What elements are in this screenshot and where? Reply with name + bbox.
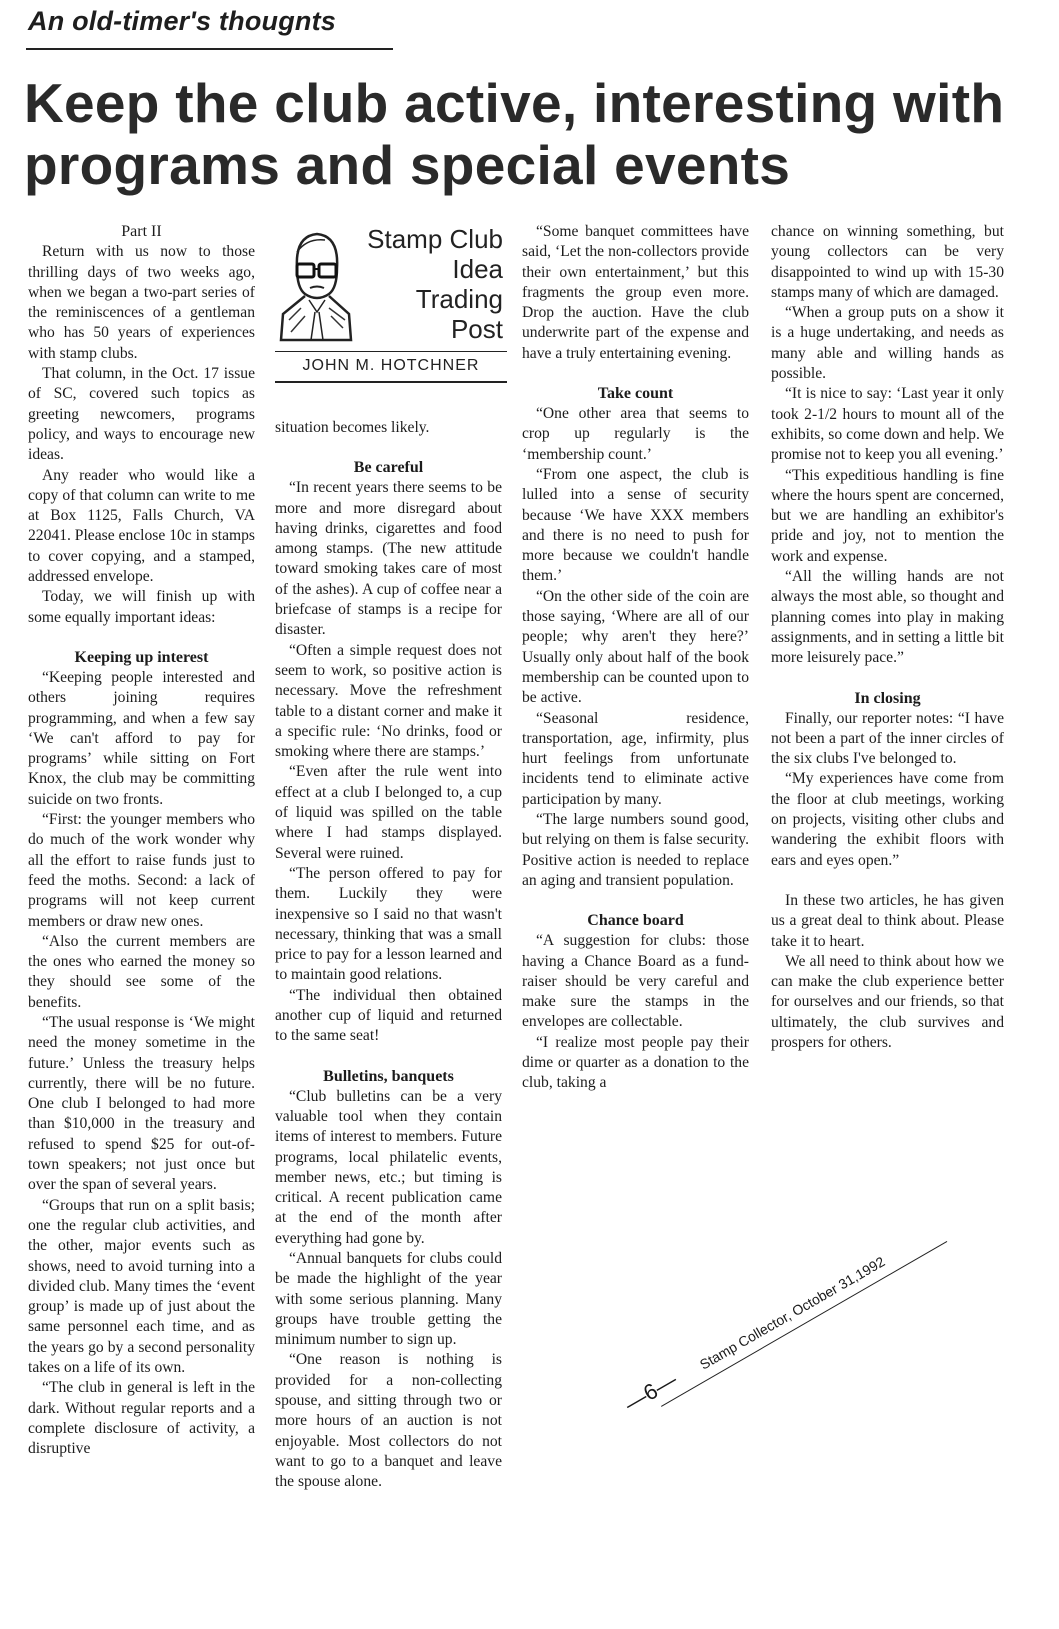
kicker-divider xyxy=(26,48,393,50)
paragraph: We all need to think about how we can ma… xyxy=(771,952,1004,1053)
divider xyxy=(275,381,507,383)
paragraph: “One other area that seems to crop up re… xyxy=(522,404,749,465)
paragraph: “On the other side of the coin are those… xyxy=(522,587,749,709)
paragraph: “The large numbers sound good, but relyi… xyxy=(522,810,749,891)
author-byline: JOHN M. HOTCHNER xyxy=(275,357,507,375)
paragraph: “From one aspect, the club is lulled int… xyxy=(522,465,749,587)
section-heading: Take count xyxy=(522,384,749,404)
headline: Keep the club active, interesting with p… xyxy=(24,72,1054,196)
paragraph: “It is nice to say: ‘Last year it only t… xyxy=(771,384,1004,465)
column-1: Part II Return with us now to those thri… xyxy=(28,222,255,1460)
column-4: chance on winning something, but young c… xyxy=(771,222,1004,1053)
column-3: “Some banquet committees have said, ‘Let… xyxy=(522,222,749,1094)
column-logo-title: Stamp Club Idea Trading Post xyxy=(367,224,503,344)
paragraph: “I realize most people pay their dime or… xyxy=(522,1033,749,1094)
paragraph: “Annual banquets for clubs could be made… xyxy=(275,1249,502,1350)
column-2: situation becomes likely. Be careful “In… xyxy=(275,418,502,1493)
paragraph: “When a group puts on a show it is a hug… xyxy=(771,303,1004,384)
paragraph: “My experiences have come from the floor… xyxy=(771,769,1004,870)
paragraph: “Some banquet committees have said, ‘Let… xyxy=(522,222,749,364)
paragraph: “Even after the rule went into effect at… xyxy=(275,762,502,863)
paragraph: Any reader who would like a copy of that… xyxy=(28,466,255,588)
column-logo: Stamp Club Idea Trading Post JOHN M. HOT… xyxy=(275,224,507,384)
paragraph: “First: the younger members who do much … xyxy=(28,810,255,932)
section-heading: Keeping up interest xyxy=(28,648,255,668)
section-heading: In closing xyxy=(771,689,1004,709)
page-footer: —6— Stamp Collector, October 31,1992 xyxy=(620,1247,889,1417)
paragraph: That column, in the Oct. 17 issue of SC,… xyxy=(28,364,255,465)
kicker: An old-timer's thougnts xyxy=(28,6,336,37)
section-heading: Be careful xyxy=(275,458,502,478)
author-portrait-icon xyxy=(279,228,353,342)
paragraph: In these two articles, he has given us a… xyxy=(771,891,1004,952)
part-label: Part II xyxy=(28,222,255,242)
paragraph: chance on winning something, but young c… xyxy=(771,222,1004,303)
paragraph: “Keeping people interested and others jo… xyxy=(28,668,255,810)
paragraph: “The club in general is left in the dark… xyxy=(28,1378,255,1459)
paragraph: “In recent years there seems to be more … xyxy=(275,478,502,640)
paragraph: “Seasonal residence, transportation, age… xyxy=(522,709,749,810)
paragraph: Today, we will finish up with some equal… xyxy=(28,587,255,628)
page-number: —6— xyxy=(620,1367,682,1418)
footer-rule xyxy=(661,1241,947,1407)
paragraph: Finally, our reporter notes: “I have not… xyxy=(771,709,1004,770)
section-heading: Bulletins, banquets xyxy=(275,1067,502,1087)
paragraph: “Club bulletins can be a very valuable t… xyxy=(275,1087,502,1249)
paragraph: “The person offered to pay for them. Luc… xyxy=(275,864,502,986)
paragraph: “This expeditious handling is fine where… xyxy=(771,466,1004,567)
paragraph: Return with us now to those thrilling da… xyxy=(28,242,255,364)
publication-source: Stamp Collector, October 31,1992 xyxy=(697,1253,888,1372)
paragraph: “The individual then obtained another cu… xyxy=(275,986,502,1047)
paragraph: “Groups that run on a split basis; one t… xyxy=(28,1196,255,1379)
paragraph: situation becomes likely. xyxy=(275,418,502,438)
paragraph: “All the willing hands are not always th… xyxy=(771,567,1004,668)
paragraph: “Also the current members are the ones w… xyxy=(28,932,255,1013)
paragraph: “The usual response is ‘We might need th… xyxy=(28,1013,255,1196)
paragraph: “One reason is nothing is provided for a… xyxy=(275,1350,502,1492)
paragraph: “Often a simple request does not seem to… xyxy=(275,641,502,763)
paragraph: “A suggestion for clubs: those having a … xyxy=(522,931,749,1032)
section-heading: Chance board xyxy=(522,911,749,931)
divider xyxy=(275,351,507,352)
